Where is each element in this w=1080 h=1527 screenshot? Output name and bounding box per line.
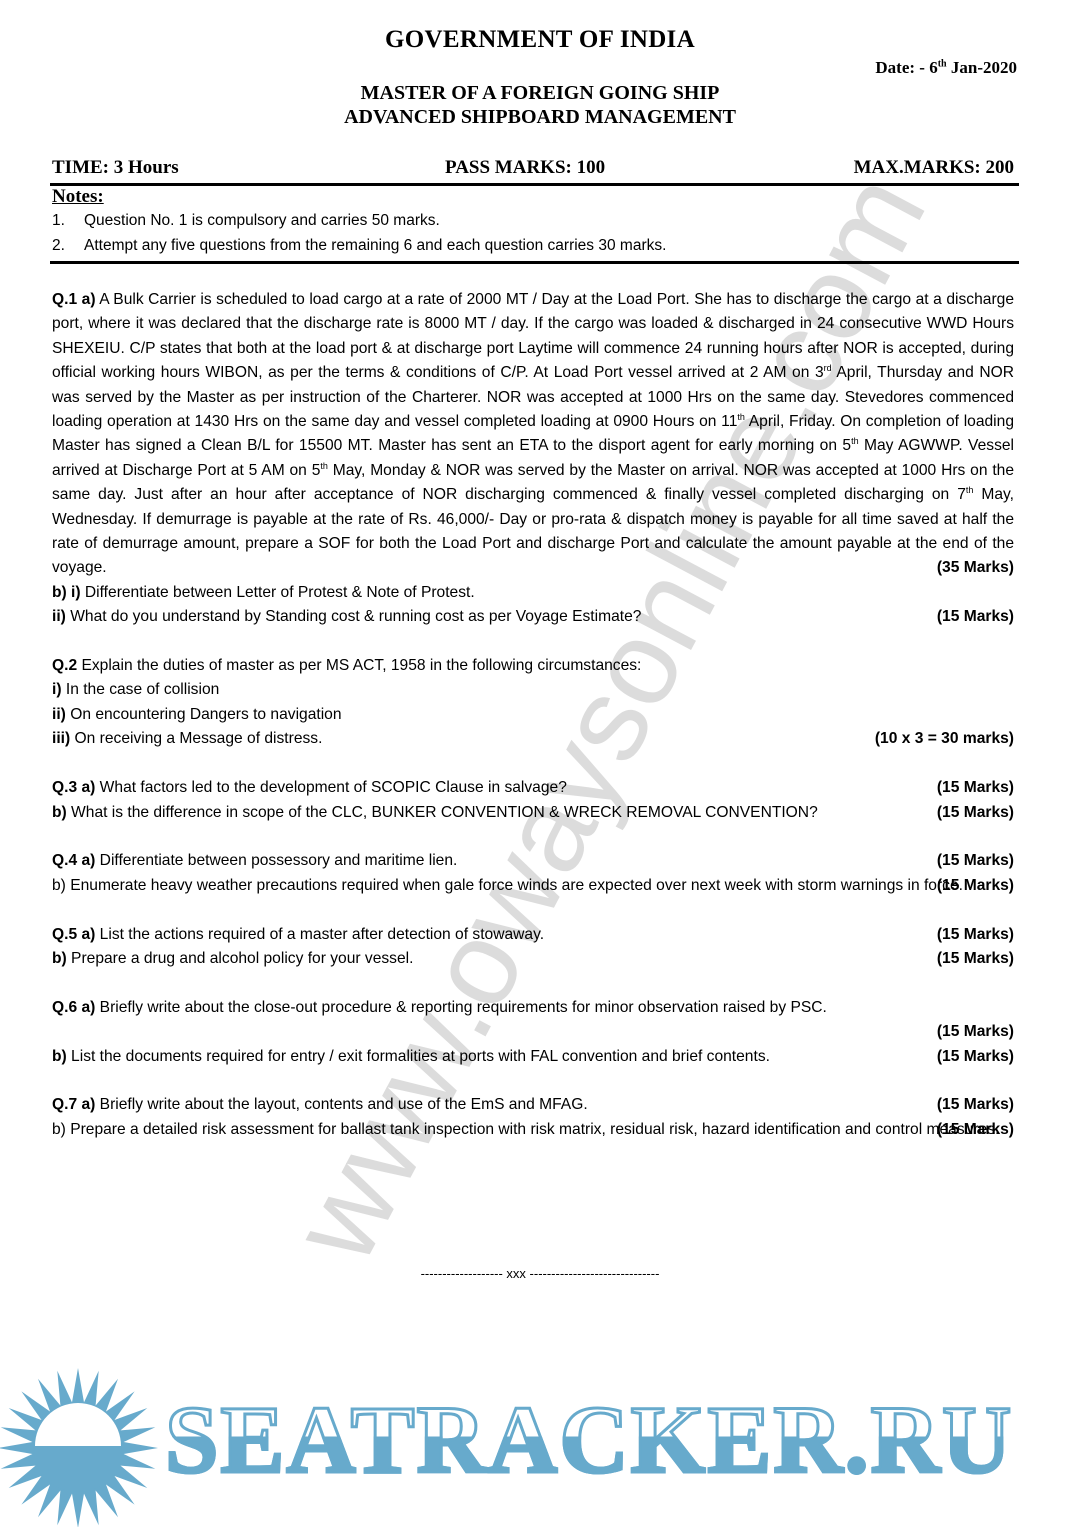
marks: (15 Marks) bbox=[52, 1020, 1014, 1044]
time-allowed: TIME: 3 Hours bbox=[52, 157, 179, 179]
exam-date: Date: - 6th Jan-2020 bbox=[875, 58, 1017, 78]
end-of-paper: ------------------- xxx ----------------… bbox=[0, 1266, 1080, 1281]
exam-paper: www.owaysonline.com GOVERNMENT OF INDIA … bbox=[0, 0, 1080, 1527]
question-3b: b) What is the difference in scope of th… bbox=[52, 801, 1014, 825]
divider bbox=[50, 183, 1019, 186]
question-5b: b) Prepare a drug and alcohol policy for… bbox=[52, 947, 1014, 971]
question-7a: Q.7 a) Briefly write about the layout, c… bbox=[52, 1093, 1014, 1117]
max-marks: MAX.MARKS: 200 bbox=[854, 157, 1014, 179]
question-6a: Q.6 a) Briefly write about the close-out… bbox=[52, 996, 1014, 1020]
exam-subtitle: MASTER OF A FOREIGN GOING SHIP bbox=[0, 82, 1080, 105]
question-4b: b) Enumerate heavy weather precautions r… bbox=[52, 874, 1014, 898]
page-title: GOVERNMENT OF INDIA bbox=[0, 26, 1080, 54]
question-1a: Q.1 a) A Bulk Carrier is scheduled to lo… bbox=[52, 288, 1014, 581]
question-7b: b) Prepare a detailed risk assessment fo… bbox=[52, 1118, 1014, 1142]
question-5a: Q.5 a) List the actions required of a ma… bbox=[52, 923, 1014, 947]
marks: (35 Marks) bbox=[937, 556, 1014, 580]
question-1b-i: b) i) Differentiate between Letter of Pr… bbox=[52, 581, 1014, 605]
question-2-ii: ii) On encountering Dangers to navigatio… bbox=[52, 703, 1014, 727]
question-2-iii: iii) On receiving a Message of distress.… bbox=[52, 727, 1014, 751]
question-4a: Q.4 a) Differentiate between possessory … bbox=[52, 849, 1014, 873]
question-2: Q.2 Explain the duties of master as per … bbox=[52, 654, 1014, 678]
exam-subject: ADVANCED SHIPBOARD MANAGEMENT bbox=[0, 106, 1080, 129]
question-2-i: i) In the case of collision bbox=[52, 678, 1014, 702]
question-6b: b) List the documents required for entry… bbox=[52, 1045, 1014, 1069]
divider bbox=[50, 261, 1019, 264]
notes-heading: Notes: bbox=[52, 186, 104, 208]
pass-marks: PASS MARKS: 100 bbox=[445, 157, 605, 179]
note-item: 2.Attempt any five questions from the re… bbox=[52, 237, 666, 255]
note-item: 1.Question No. 1 is compulsory and carri… bbox=[52, 212, 440, 230]
site-logo-text: SEATRACKER.RU bbox=[165, 1392, 1013, 1488]
questions: Q.1 a) A Bulk Carrier is scheduled to lo… bbox=[52, 288, 1014, 1118]
question-1b-ii: ii) What do you understand by Standing c… bbox=[52, 605, 1014, 629]
question-3a: Q.3 a) What factors led to the developme… bbox=[52, 776, 1014, 800]
